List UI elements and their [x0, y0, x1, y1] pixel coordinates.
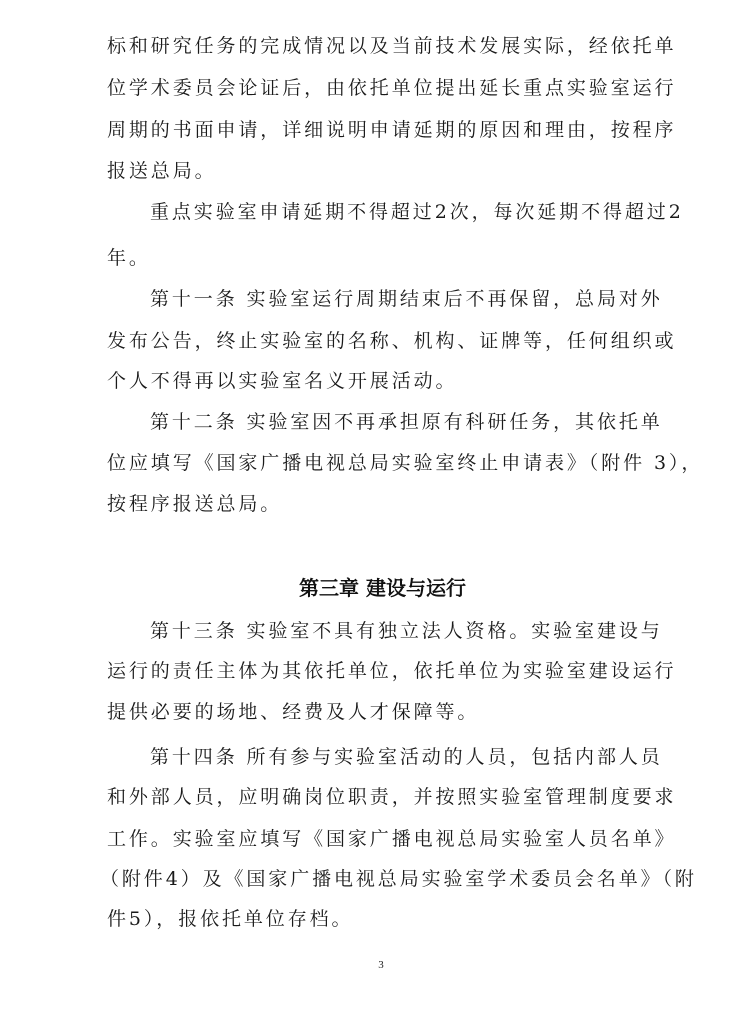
article-11-line: 第十一条 实验室运行周期结束后不再保留，总局对外 — [150, 287, 710, 311]
article-14-line: 件5），报依托单位存档。 — [107, 907, 667, 931]
article-11-line: 发布公告，终止实验室的名称、机构、证牌等，任何组织或 — [107, 329, 667, 353]
article-14-line: 工作。实验室应填写《国家广播电视总局实验室人员名单》 — [107, 827, 667, 851]
document-page: 标和研究任务的完成情况以及当前技术发展实际，经依托单 位学术委员会论证后，由依托… — [0, 0, 750, 1012]
page-number: 3 — [0, 958, 750, 972]
paragraph-line: 位学术委员会论证后，由依托单位提出延长重点实验室运行 — [107, 76, 667, 100]
article-14-line: 和外部人员，应明确岗位职责，并按照实验室管理制度要求 — [107, 785, 667, 809]
article-13-line: 运行的责任主体为其依托单位，依托单位为实验室建设运行 — [107, 659, 667, 683]
paragraph-line: 报送总局。 — [107, 159, 667, 183]
paragraph-line: 重点实验室申请延期不得超过2次，每次延期不得超过2 — [150, 200, 710, 224]
article-14-line: 第十四条 所有参与实验室活动的人员，包括内部人员 — [150, 745, 710, 769]
article-14-line: （附件4）及《国家广播电视总局实验室学术委员会名单》（附 — [100, 867, 660, 891]
article-12-line: 按程序报送总局。 — [107, 492, 667, 516]
article-12-line: 位应填写《国家广播电视总局实验室终止申请表》（附件 3）， — [107, 451, 667, 475]
paragraph-line: 周期的书面申请，详细说明申请延期的原因和理由，按程序 — [107, 118, 667, 142]
paragraph-line: 年。 — [107, 246, 667, 270]
article-13-line: 第十三条 实验室不具有独立法人资格。实验室建设与 — [150, 619, 710, 643]
article-12-line: 第十二条 实验室因不再承担原有科研任务，其依托单 — [150, 410, 710, 434]
article-13-line: 提供必要的场地、经费及人才保障等。 — [107, 700, 667, 724]
chapter-heading: 第三章 建设与运行 — [0, 574, 750, 602]
paragraph-line: 标和研究任务的完成情况以及当前技术发展实际，经依托单 — [107, 34, 667, 58]
article-11-line: 个人不得再以实验室名义开展活动。 — [107, 369, 667, 393]
